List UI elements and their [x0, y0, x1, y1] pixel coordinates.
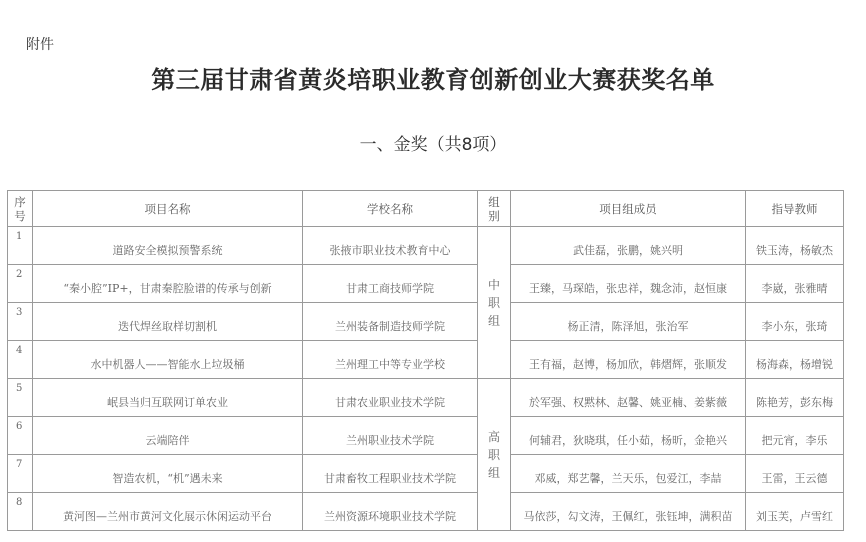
table-row: 2 “秦小腔”IP+，甘肃秦腔脸谱的传承与创新 甘肃工商技师学院 王臻，马琛皓，… [8, 265, 844, 303]
team-members: 马依莎，勾文涛，王佩红，张钰坤，满积苗 [511, 493, 746, 531]
advisors: 王雷，王云德 [746, 455, 844, 493]
table-header-row: 序号 项目名称 学校名称 组别 项目组成员 指导教师 [8, 191, 844, 227]
row-num: 3 [8, 303, 33, 341]
school-name: 张掖市职业技术教育中心 [303, 227, 478, 265]
table-row: 8 黄河图—兰州市黄河文化展示休闲运动平台 兰州资源环境职业技术学院 马依莎，勾… [8, 493, 844, 531]
advisors: 陈艳芳，彭东梅 [746, 379, 844, 417]
school-name: 兰州理工中等专业学校 [303, 341, 478, 379]
team-members: 武佳磊，张鹏，姚兴明 [511, 227, 746, 265]
table-row: 3 迭代焊丝取样切割机 兰州装备制造技师学院 杨正清，陈泽旭，张治军 李小东，张… [8, 303, 844, 341]
team-members: 王臻，马琛皓，张忠祥，魏念沛，赵恒康 [511, 265, 746, 303]
header-group: 组别 [478, 191, 511, 227]
project-name: 智造农机，“机”遇未来 [33, 455, 303, 493]
project-name: 迭代焊丝取样切割机 [33, 303, 303, 341]
document-title: 第三届甘肃省黄炎培职业教育创新创业大赛获奖名单 [0, 60, 866, 95]
group-cell-secondary-vocational: 中职组 [478, 227, 511, 379]
group-cell-higher-vocational: 高职组 [478, 379, 511, 531]
school-name: 兰州职业技术学院 [303, 417, 478, 455]
attachment-label: 附件 [26, 34, 54, 54]
table-row: 1 道路安全模拟预警系统 张掖市职业技术教育中心 中职组 武佳磊，张鹏，姚兴明 … [8, 227, 844, 265]
project-name: 云端陪伴 [33, 417, 303, 455]
school-name: 甘肃工商技师学院 [303, 265, 478, 303]
row-num: 8 [8, 493, 33, 531]
school-name: 兰州装备制造技师学院 [303, 303, 478, 341]
team-members: 王有福，赵博，杨加欣，韩熠辉，张顺发 [511, 341, 746, 379]
project-name: 道路安全模拟预警系统 [33, 227, 303, 265]
school-name: 甘肃畜牧工程职业技术学院 [303, 455, 478, 493]
header-project: 项目名称 [33, 191, 303, 227]
row-num: 1 [8, 227, 33, 265]
project-name: 水中机器人——智能水上垃圾桶 [33, 341, 303, 379]
advisors: 李小东，张琦 [746, 303, 844, 341]
header-teachers: 指导教师 [746, 191, 844, 227]
advisors: 铁玉涛，杨敏杰 [746, 227, 844, 265]
table-row: 4 水中机器人——智能水上垃圾桶 兰州理工中等专业学校 王有福，赵博，杨加欣，韩… [8, 341, 844, 379]
school-name: 甘肃农业职业技术学院 [303, 379, 478, 417]
advisors: 刘玉芙，卢雪红 [746, 493, 844, 531]
row-num: 5 [8, 379, 33, 417]
row-num: 4 [8, 341, 33, 379]
project-name: 岷县当归互联网订单农业 [33, 379, 303, 417]
awards-table: 序号 项目名称 学校名称 组别 项目组成员 指导教师 1 道路安全模拟预警系统 … [7, 190, 844, 531]
team-members: 何辅君，狄晓琪，任小茹，杨昕，金艳兴 [511, 417, 746, 455]
table-row: 7 智造农机，“机”遇未来 甘肃畜牧工程职业技术学院 邓威，郑艺馨，兰天乐，包爱… [8, 455, 844, 493]
school-name: 兰州资源环境职业技术学院 [303, 493, 478, 531]
row-num: 2 [8, 265, 33, 303]
advisors: 李崴，张雅晴 [746, 265, 844, 303]
team-members: 杨正清，陈泽旭，张治军 [511, 303, 746, 341]
team-members: 邓威，郑艺馨，兰天乐，包爱江，李喆 [511, 455, 746, 493]
project-name: 黄河图—兰州市黄河文化展示休闲运动平台 [33, 493, 303, 531]
table-row: 6 云端陪伴 兰州职业技术学院 何辅君，狄晓琪，任小茹，杨昕，金艳兴 把元宵，李… [8, 417, 844, 455]
team-members: 於军强、权黙林、赵馨、姚亚楠、姜紫薇 [511, 379, 746, 417]
table-row: 5 岷县当归互联网订单农业 甘肃农业职业技术学院 高职组 於军强、权黙林、赵馨、… [8, 379, 844, 417]
advisors: 杨海森，杨增锐 [746, 341, 844, 379]
header-school: 学校名称 [303, 191, 478, 227]
section-heading: 一、金奖（共8项） [0, 130, 866, 155]
header-members: 项目组成员 [511, 191, 746, 227]
row-num: 7 [8, 455, 33, 493]
header-num: 序号 [8, 191, 33, 227]
row-num: 6 [8, 417, 33, 455]
advisors: 把元宵，李乐 [746, 417, 844, 455]
project-name: “秦小腔”IP+，甘肃秦腔脸谱的传承与创新 [33, 265, 303, 303]
